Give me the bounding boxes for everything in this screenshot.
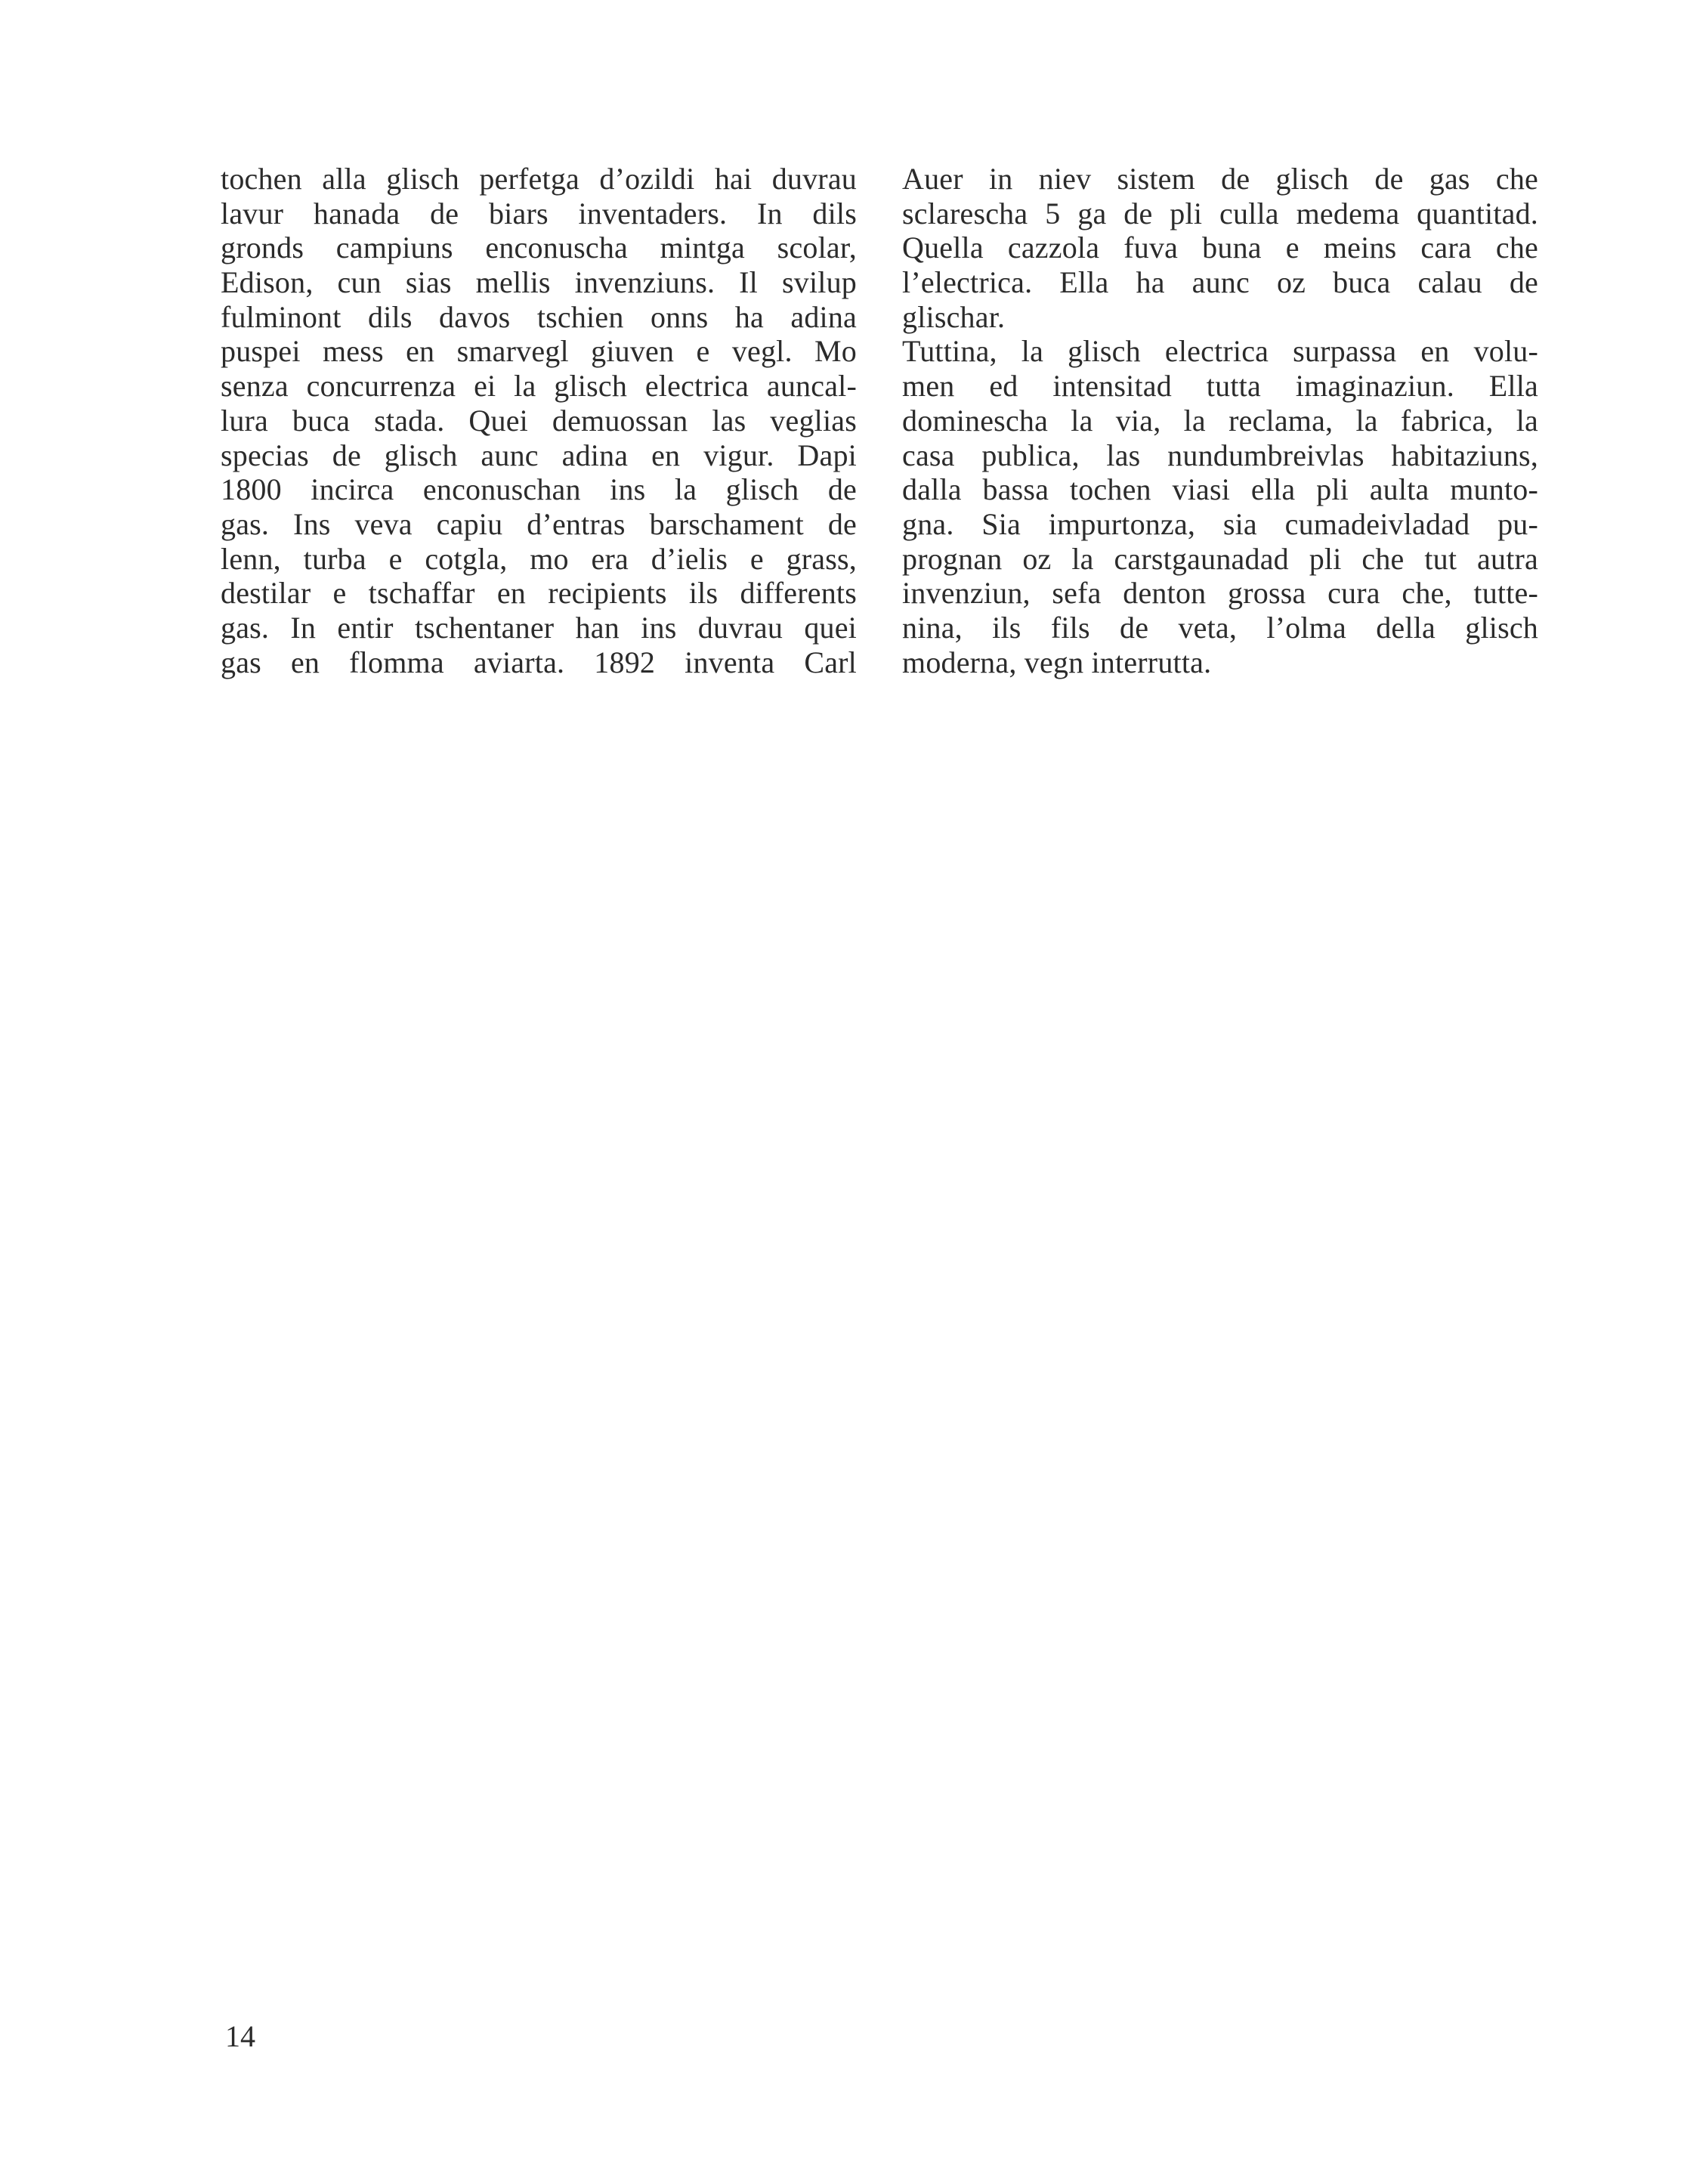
text-line: fulminont dils davos tschien onns ha adi…: [221, 300, 857, 335]
paragraph-end-line: glischar.: [902, 300, 1538, 335]
text-line: lavur hanada de biars inventaders. In di…: [221, 196, 857, 231]
text-line: gas. Ins veva capiu d’entras barschament…: [221, 507, 857, 542]
text-line: Tuttina, la glisch electrica surpassa en…: [902, 334, 1538, 369]
text-line: dominescha la via, la reclama, la fabric…: [902, 404, 1538, 438]
text-line: Quella cazzola fuva buna e meins cara ch…: [902, 230, 1538, 265]
text-line: gna. Sia impurtonza, sia cumadeivladad p…: [902, 507, 1538, 542]
text-line: l’electrica. Ella ha aunc oz buca calau …: [902, 265, 1538, 300]
text-line: senza concurrenza ei la glisch electrica…: [221, 369, 857, 404]
text-line: men ed intensitad tutta imaginaziun. Ell…: [902, 369, 1538, 404]
text-line: gronds campiuns enconuscha mintga scolar…: [221, 230, 857, 265]
text-line: specias de glisch aunc adina en vigur. D…: [221, 438, 857, 473]
paragraph-end-line: moderna, vegn interrutta.: [902, 645, 1538, 680]
text-line: Auer in niev sistem de glisch de gas che: [902, 162, 1538, 196]
right-text-column: Auer in niev sistem de glisch de gas che…: [902, 162, 1538, 679]
text-line: puspei mess en smarvegl giuven e vegl. M…: [221, 334, 857, 369]
text-line: nina, ils fils de veta, l’olma della gli…: [902, 611, 1538, 645]
page-number: 14: [225, 2019, 255, 2054]
text-line: casa publica, las nundumbreivlas habitaz…: [902, 438, 1538, 473]
text-line: dalla bassa tochen viasi ella pli aulta …: [902, 472, 1538, 507]
text-line: prognan oz la carstgaunadad pli che tut …: [902, 542, 1538, 577]
text-line: lenn, turba e cotgla, mo era d’ielis e g…: [221, 542, 857, 577]
text-line: sclarescha 5 ga de pli culla medema quan…: [902, 196, 1538, 231]
left-text-column: tochen alla glisch perfetga d’ozildi hai…: [221, 162, 857, 679]
document-page: tochen alla glisch perfetga d’ozildi hai…: [0, 0, 1706, 2184]
text-line: 1800 incirca enconuschan ins la glisch d…: [221, 472, 857, 507]
text-line: invenziun, sefa denton grossa cura che, …: [902, 576, 1538, 611]
text-line: lura buca stada. Quei demuossan las vegl…: [221, 404, 857, 438]
text-line: Edison, cun sias mellis invenziuns. Il s…: [221, 265, 857, 300]
text-line: gas en flomma aviarta. 1892 inventa Carl: [221, 645, 857, 680]
text-line: tochen alla glisch perfetga d’ozildi hai…: [221, 162, 857, 196]
text-line: destilar e tschaffar en recipients ils d…: [221, 576, 857, 611]
text-line: gas. In entir tschentaner han ins duvrau…: [221, 611, 857, 645]
